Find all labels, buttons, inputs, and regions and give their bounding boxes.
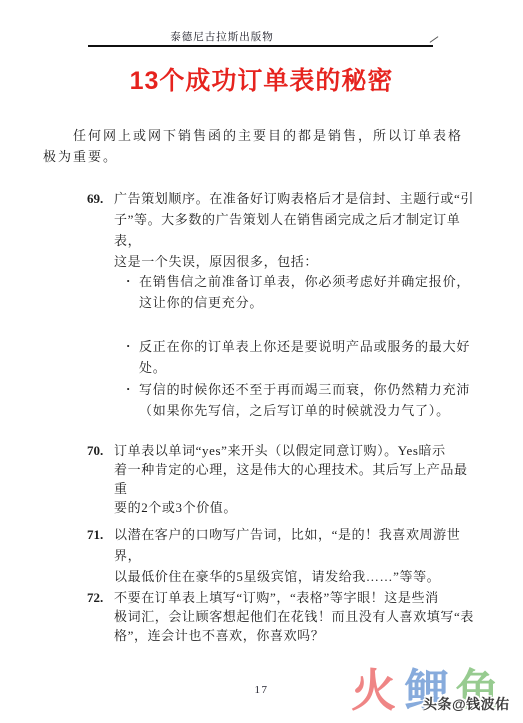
item-number: 71.	[87, 524, 103, 545]
intro-line: 任何网上或网下销售函的主要目的都是销售，所以订单表格	[43, 125, 475, 146]
intro-line: 极为重要。	[43, 146, 475, 167]
publisher-header: 泰德尼古拉斯出版物	[0, 29, 444, 44]
bullet-line: 这让你的信更充分。	[139, 292, 476, 313]
item-number: 70.	[87, 441, 103, 460]
item-line: 广告策划顺序。在准备好订购表格后才是信封、主题行或“引	[114, 188, 477, 209]
bullet-marker: ·	[126, 335, 130, 356]
item-line: 格”，连会计也不喜欢，你喜欢吗？	[114, 626, 477, 645]
bullet-marker: ·	[126, 270, 130, 291]
bullet-item: · 写信的时候你还不至于再而竭三而衰，你仍然精力充沛 （如果你先写信，之后写订单…	[126, 379, 476, 421]
numbered-item-70: 70. 订单表以单词“yes”来开头（以假定同意订购）。Yes暗示 着一种肯定的…	[87, 441, 477, 517]
bullet-line: （如果你先写信，之后写订单的时候就没力气了）。	[139, 400, 476, 421]
page-title: 13个成功订单表的秘密	[0, 61, 523, 97]
bullet-line: 写信的时候你还不至于再而竭三而衰，你仍然精力充沛	[139, 379, 476, 400]
watermark-credit-text: 头条@钱波佑	[423, 694, 510, 714]
document-page: 泰德尼古拉斯出版物 13个成功订单表的秘密 任何网上或网下销售函的主要目的都是销…	[0, 0, 523, 723]
item-number: 72.	[87, 588, 103, 607]
bullet-line: 反正在你的订单表上你还是要说明产品或服务的最大好处。	[139, 336, 476, 378]
header-rule	[88, 45, 433, 47]
numbered-item-71: 71. 以潜在客户的口吻写广告词，比如，“是的！我喜欢周游世界， 以最低价住在豪…	[87, 524, 477, 587]
item-line: 不要在订单表上填写“订购”，“表格”等字眼！这是些消	[114, 588, 477, 607]
item-line: 子”等。大多数的广告策划人在销售函完成之后才制定订单表，	[114, 209, 477, 251]
item-number: 69.	[87, 188, 103, 209]
item-line: 以潜在客户的口吻写广告词，比如，“是的！我喜欢周游世界，	[114, 524, 477, 566]
bullet-line: 在销售信之前准备订单表，你必须考虑好并确定报价，	[139, 271, 476, 292]
item-line: 要的2个或3个价值。	[114, 498, 477, 517]
bullet-item: · 在销售信之前准备订单表，你必须考虑好并确定报价， 这让你的信更充分。	[126, 271, 476, 313]
intro-paragraph: 任何网上或网下销售函的主要目的都是销售，所以订单表格 极为重要。	[43, 125, 475, 167]
numbered-item-72: 72. 不要在订单表上填写“订购”，“表格”等字眼！这是些消 极词汇，会让顾客想…	[87, 588, 477, 645]
watermark-char-fire: 火	[351, 668, 396, 713]
item-line: 这是一个失误，原因很多，包括：	[114, 251, 477, 272]
bullet-marker: ·	[126, 378, 130, 399]
item-line: 着一种肯定的心理，这是伟大的心理技术。其后写上产品最重	[114, 460, 477, 498]
bullet-item: · 反正在你的订单表上你还是要说明产品或服务的最大好处。	[126, 336, 476, 378]
numbered-item-69: 69. 广告策划顺序。在准备好订购表格后才是信封、主题行或“引 子”等。大多数的…	[87, 188, 477, 272]
item-line: 以最低价住在豪华的5星级宾馆，请发给我……”等等。	[114, 566, 477, 587]
item-line: 极词汇，会让顾客想起他们在花钱！而且没有人喜欢填写“表	[114, 607, 477, 626]
item-line: 订单表以单词“yes”来开头（以假定同意订购）。Yes暗示	[114, 441, 477, 460]
